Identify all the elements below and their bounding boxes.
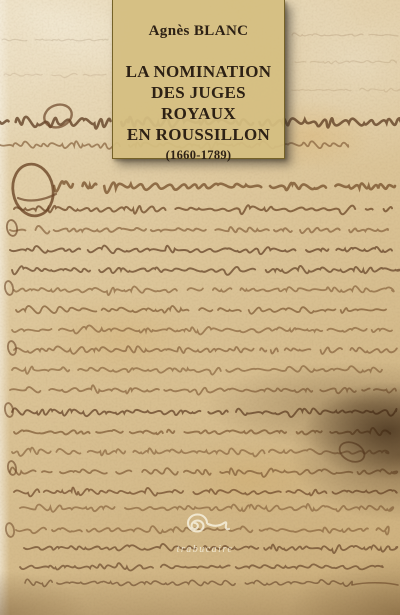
book-title: LA NOMINATION DES JUGES ROYAUX EN ROUSSI…	[113, 61, 284, 145]
title-line-2: DES JUGES ROYAUX	[113, 82, 284, 124]
title-line-3: EN ROUSSILLON	[113, 124, 284, 145]
author-name: Agnès BLANC	[113, 23, 284, 40]
book-cover: Agnès BLANC LA NOMINATION DES JUGES ROYA…	[0, 0, 400, 615]
title-panel: Agnès BLANC LA NOMINATION DES JUGES ROYA…	[112, 0, 285, 159]
publisher-name: trabucaire	[177, 544, 234, 555]
publication-years: (1660-1789)	[113, 148, 284, 163]
spiral-icon	[188, 515, 229, 532]
publisher-logo: trabucaire	[160, 508, 250, 560]
title-line-1: LA NOMINATION	[113, 61, 284, 82]
